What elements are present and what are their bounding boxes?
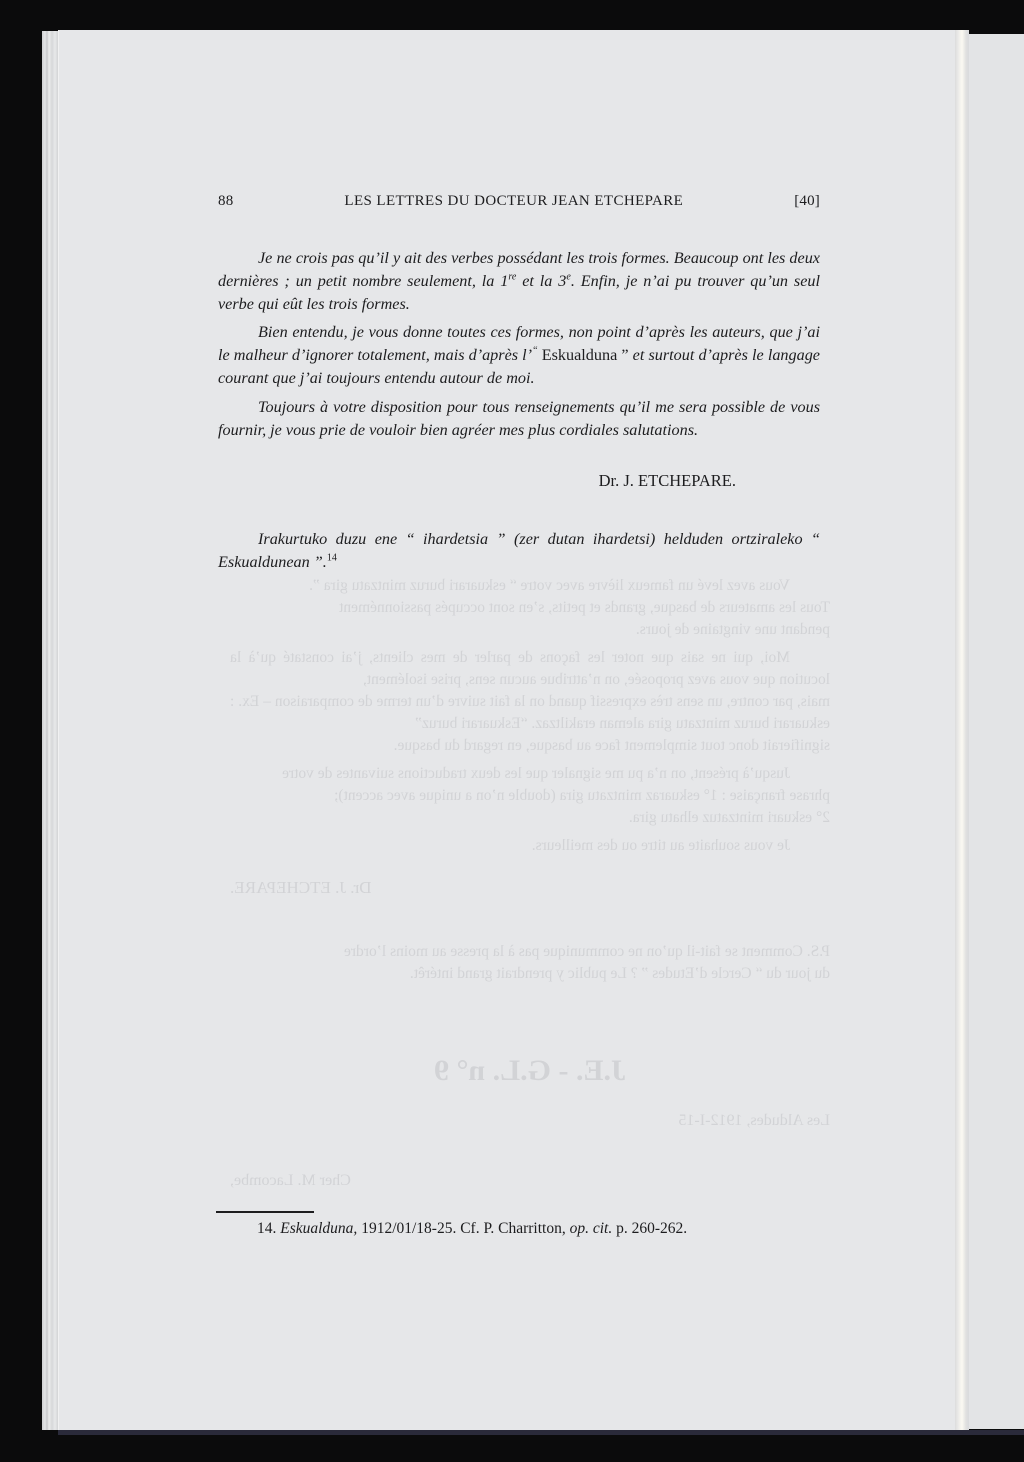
footnote-reference: 14	[327, 553, 337, 564]
running-head: 88 LES LETTRES DU DOCTEUR JEAN ETCHEPARE…	[218, 193, 820, 210]
paragraph-basque-note: Irakurtuko duzu ene “ ihardetsia ” (zer …	[218, 528, 820, 574]
footnote-number: 14.	[257, 1220, 276, 1237]
newspaper-title: Eskualduna ”	[538, 346, 629, 364]
paragraph-verb-forms: Je ne crois pas qu’il y ait des verbes p…	[218, 247, 820, 316]
signature: Dr. J. ETCHEPARE.	[218, 471, 820, 491]
book-gutter	[955, 30, 969, 1432]
running-title: LES LETTRES DU DOCTEUR JEAN ETCHEPARE	[344, 193, 683, 210]
paragraph-sources: Bien entendu, je vous donne toutes ces f…	[218, 321, 820, 390]
facing-page-edge	[969, 34, 1024, 1429]
footnote-14: 14. Eskualduna, 1912/01/18-25. Cf. P. Ch…	[257, 1220, 817, 1238]
footnote-details: 1912/01/18-25. Cf. P. Charritton,	[357, 1220, 569, 1237]
footnote-source: Eskualduna,	[280, 1220, 357, 1237]
footnote-opcit: op. cit.	[570, 1220, 613, 1237]
section-marker: [40]	[794, 193, 820, 210]
footnote-divider	[216, 1211, 314, 1213]
page-content: 88 LES LETTRES DU DOCTEUR JEAN ETCHEPARE…	[218, 185, 820, 574]
page-number: 88	[218, 193, 233, 210]
paragraph-closing: Toujours à votre disposition pour tous r…	[218, 396, 820, 442]
page-bottom-shadow	[58, 1430, 1024, 1435]
text-span: et la 3	[516, 272, 566, 290]
text-span: Irakurtuko duzu ene “ ihardetsia ” (zer …	[218, 530, 820, 571]
footnote-pages: p. 260-262.	[612, 1220, 687, 1237]
